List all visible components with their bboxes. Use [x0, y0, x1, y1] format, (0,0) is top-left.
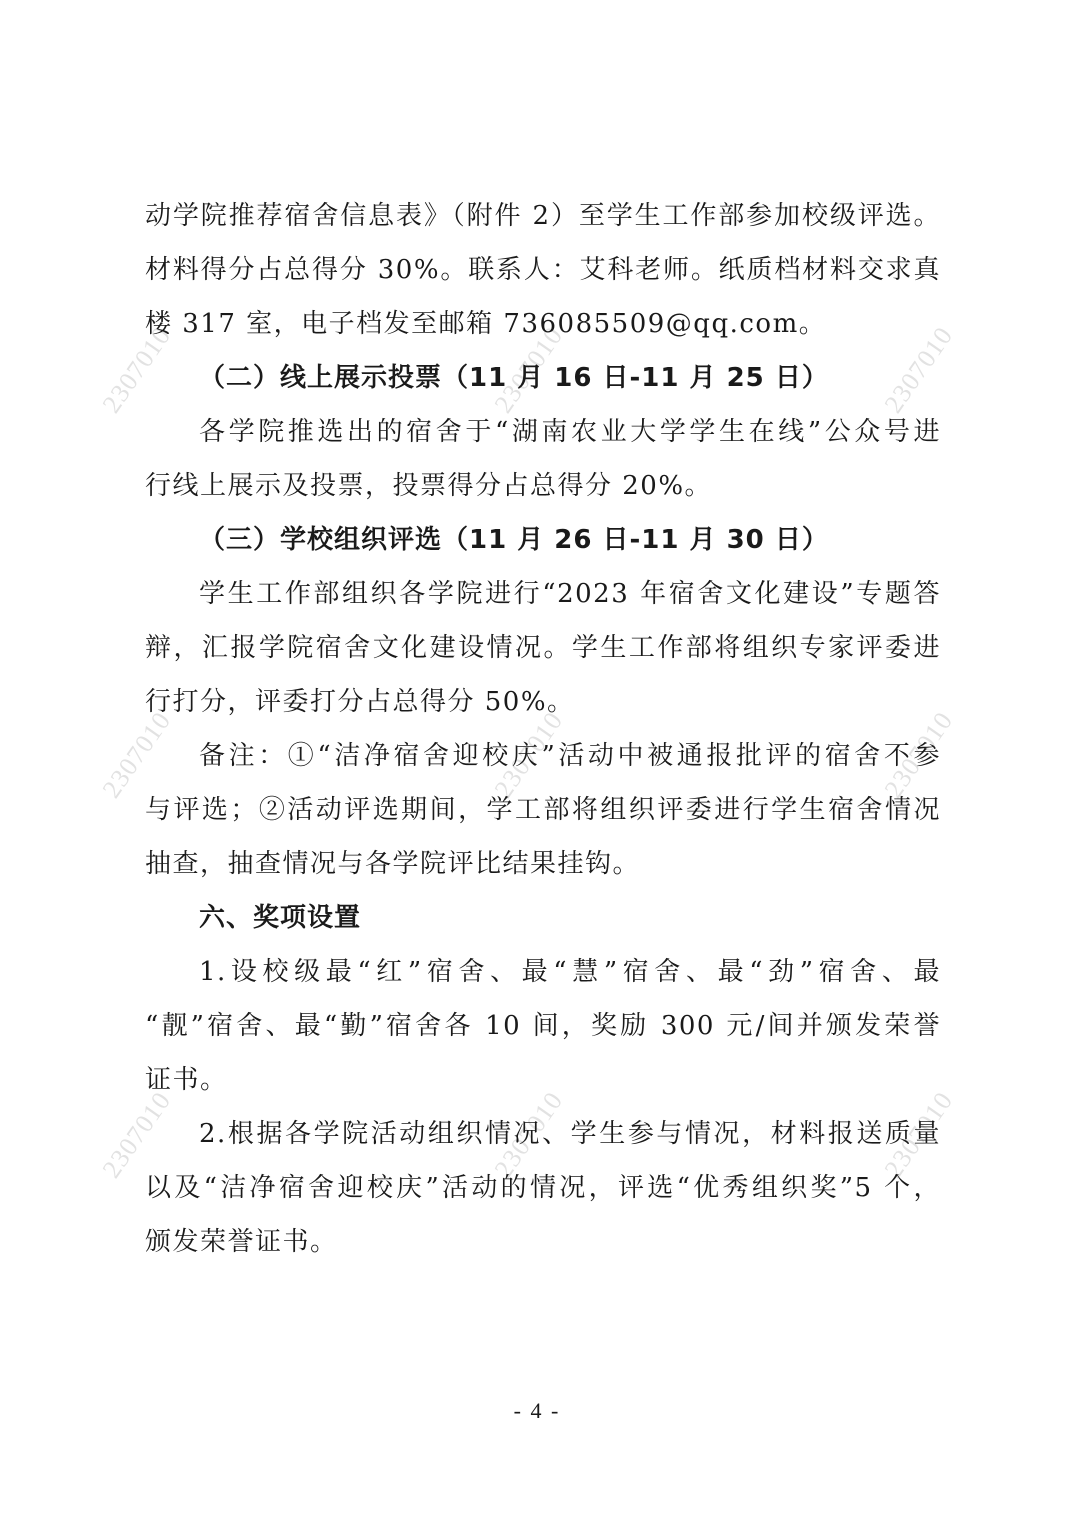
- paragraph-line: 材料得分占总得分 30%。联系人：艾科老师。纸质档材料交求真: [145, 250, 941, 290]
- paragraph-line: 与评选；②活动评选期间，学工部将组织评委进行学生宿舍情况: [145, 790, 941, 830]
- paragraph-line: 行打分，评委打分占总得分 50%。: [145, 682, 945, 722]
- section-heading-awards: 六、奖项设置: [199, 898, 999, 938]
- paragraph-line: 各学院推选出的宿舍于“湖南农业大学学生在线”公众号进: [199, 412, 941, 452]
- paragraph-line: 辩，汇报学院宿舍文化建设情况。学生工作部将组织专家评委进: [145, 628, 941, 668]
- paragraph-line: 颁发荣誉证书。: [145, 1222, 945, 1262]
- paragraph-line: 以及“洁净宿舍迎校庆”活动的情况，评选“优秀组织奖”5 个，: [145, 1168, 941, 1208]
- paragraph-line: 抽查，抽查情况与各学院评比结果挂钩。: [145, 844, 945, 884]
- paragraph-line: 2.根据各学院活动组织情况、学生参与情况，材料报送质量: [199, 1114, 941, 1154]
- paragraph-line: 备注：①“洁净宿舍迎校庆”活动中被通报批评的宿舍不参: [199, 736, 941, 776]
- paragraph-line: 楼 317 室，电子档发至邮箱 736085509@qq.com。: [145, 304, 945, 344]
- section-heading-school-selection: （三）学校组织评选（11 月 26 日-11 月 30 日）: [199, 520, 999, 560]
- section-heading-online-voting: （二）线上展示投票（11 月 16 日-11 月 25 日）: [199, 358, 999, 398]
- document-page: 2307010 2307010 2307010 2307010 2307010 …: [0, 0, 1074, 1520]
- paragraph-line: 1.设校级最“红”宿舍、最“慧”宿舍、最“劲”宿舍、最: [199, 952, 941, 992]
- paragraph-line: 动学院推荐宿舍信息表》（附件 2）至学生工作部参加校级评选。: [145, 196, 941, 236]
- paragraph-line: 证书。: [145, 1060, 945, 1100]
- paragraph-line: 行线上展示及投票，投票得分占总得分 20%。: [145, 466, 945, 506]
- paragraph-line: “靓”宿舍、最“勤”宿舍各 10 间，奖励 300 元/间并颁发荣誉: [145, 1006, 941, 1046]
- page-number: - 4 -: [0, 1398, 1074, 1424]
- paragraph-line: 学生工作部组织各学院进行“2023 年宿舍文化建设”专题答: [199, 574, 941, 614]
